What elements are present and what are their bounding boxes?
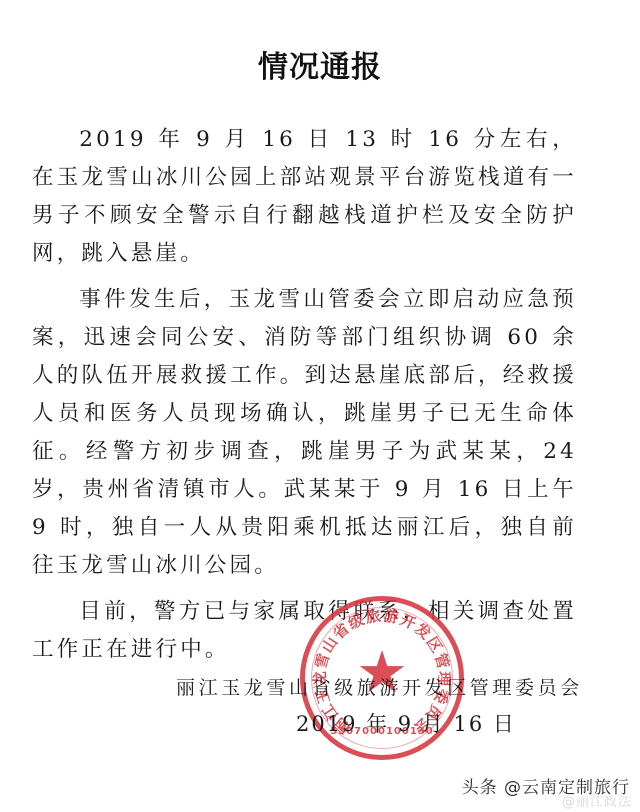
issue-date: 2019 年 9 月 16 日 [296,708,516,738]
issuer-signature: 丽江玉龙雪山省级旅游开发区管理委员会 [176,673,583,700]
document-body: 2019 年 9 月 16 日 13 时 16 分左右，在玉龙雪山冰川公园上部站… [32,121,577,669]
source-watermark: 头条 @云南定制旅行 [462,773,630,798]
page-title: 情况通报 [0,42,640,86]
paragraph-incident: 2019 年 9 月 16 日 13 时 16 分左右，在玉龙雪山冰川公园上部站… [32,121,577,273]
paragraph-rescue: 事件发生后，玉龙雪山管委会立即启动应急预案，迅速会同公安、消防等部门组织协调 6… [32,281,577,585]
seal-char: 旅 [364,608,382,626]
